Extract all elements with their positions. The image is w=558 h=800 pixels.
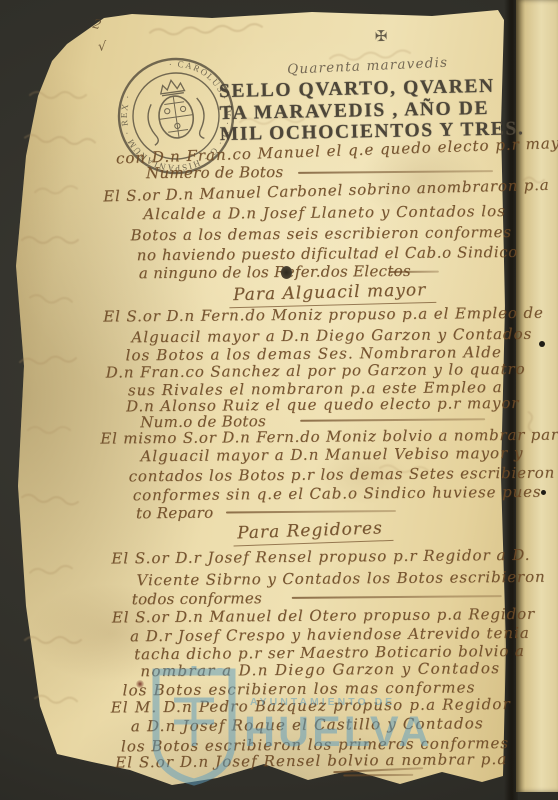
- ink-blot: [281, 266, 292, 279]
- archive-logo-shield-icon: [146, 664, 242, 788]
- watermark-text-small: AYUNTAMIENTO DE: [250, 696, 395, 708]
- page-hole: [539, 341, 545, 347]
- watermark-text-large: HUELVA: [244, 708, 432, 757]
- facing-page-edge: [516, 0, 558, 792]
- manuscript-scan: · CAROLUS · IV · D · G · HISPANIARUM · R…: [0, 0, 558, 800]
- page-hole: [541, 490, 546, 495]
- archive-watermark: AYUNTAMIENTO DE HUELVA: [138, 658, 468, 798]
